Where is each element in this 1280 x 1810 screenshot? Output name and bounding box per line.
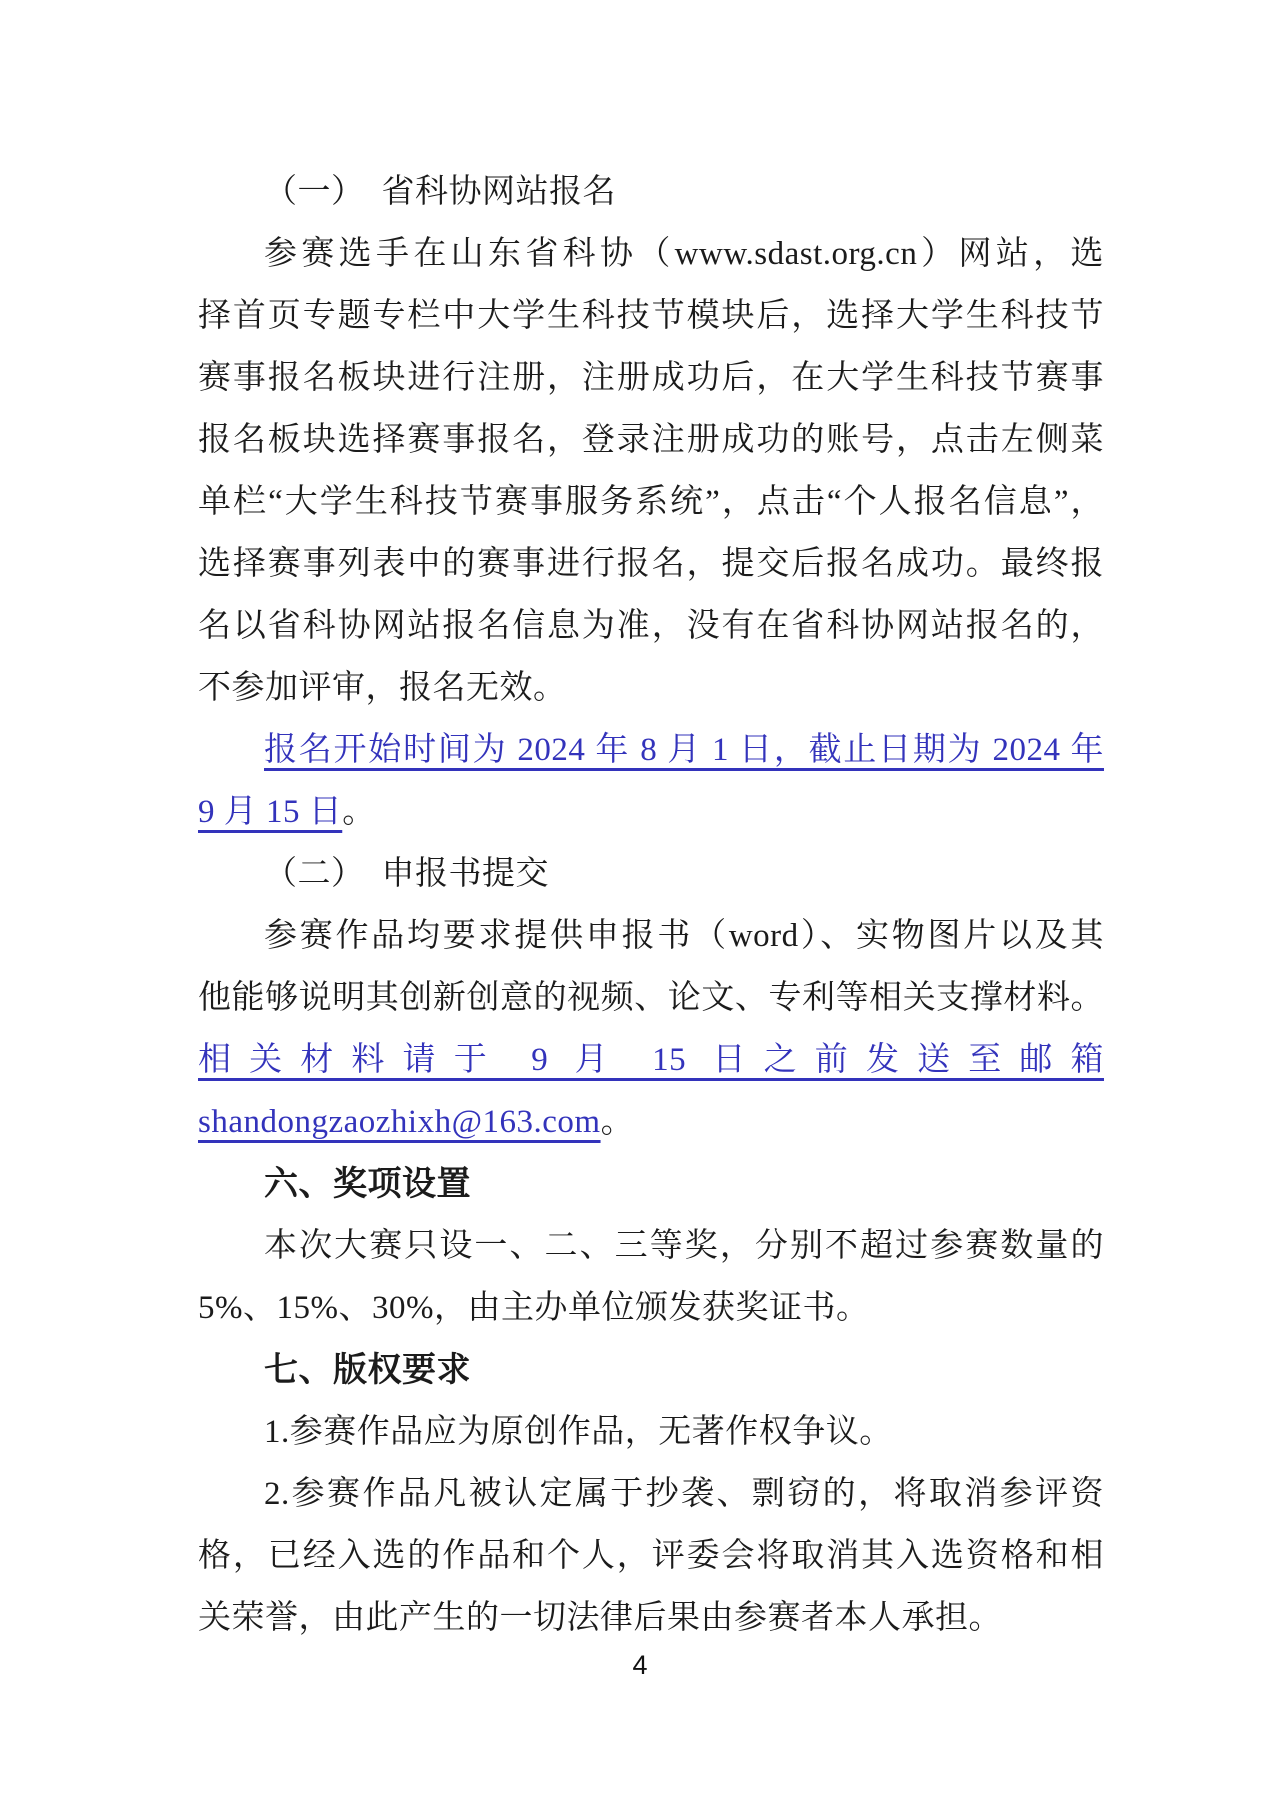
section-heading: 六、奖项设置 (198, 1153, 1104, 1215)
underlined-link-text: 报名开始时间为 2024 年 8 月 1 日，截止日期为 2024 年 (264, 732, 1104, 768)
sub-heading: （一） 省科协网站报名 (198, 161, 1104, 223)
underlined-link-text: 9 月 15 日 (198, 794, 342, 830)
document-line: 报名开始时间为 2024 年 8 月 1 日，截止日期为 2024 年 (198, 719, 1104, 781)
document-line: 参赛选手在山东省科协（www.sdast.org.cn）网站，选 (198, 223, 1104, 285)
text-run: 。 (342, 794, 376, 830)
page-number: 4 (0, 1650, 1280, 1681)
document-line: 他能够说明其创新创意的视频、论文、专利等相关支撑材料。 (198, 967, 1104, 1029)
document-line: 赛事报名板块进行注册，注册成功后，在大学生科技节赛事 (198, 347, 1104, 409)
text-run: 关荣誉，由此产生的一切法律后果由参赛者本人承担。 (198, 1600, 1002, 1636)
text-run: 1.参赛作品应为原创作品，无著作权争议。 (264, 1414, 893, 1450)
document-line: 本次大赛只设一、二、三等奖，分别不超过参赛数量的 (198, 1215, 1104, 1277)
document-line: shandongzaozhixh@163.com。 (198, 1091, 1104, 1153)
text-run: 参赛作品均要求提供申报书（word）、实物图片以及其 (264, 918, 1104, 954)
text-run: 选择赛事列表中的赛事进行报名，提交后报名成功。最终报 (198, 546, 1104, 582)
text-run: 单栏“大学生科技节赛事服务系统”，点击“个人报名信息”， (198, 484, 1104, 520)
text-run: 六、奖项设置 (264, 1165, 471, 1203)
text-run: 2.参赛作品凡被认定属于抄袭、剽窃的，将取消参评资 (264, 1476, 1104, 1512)
document-line: 1.参赛作品应为原创作品，无著作权争议。 (198, 1401, 1104, 1463)
document-line: 5%、15%、30%，由主办单位颁发获奖证书。 (198, 1277, 1104, 1339)
text-run: 报名板块选择赛事报名，登录注册成功的账号，点击左侧菜 (198, 422, 1104, 458)
text-run: 5%、15%、30%，由主办单位颁发获奖证书。 (198, 1290, 869, 1326)
document-body: （一） 省科协网站报名参赛选手在山东省科协（www.sdast.org.cn）网… (198, 161, 1104, 1649)
sub-heading: （二） 申报书提交 (198, 843, 1104, 905)
document-line: 关荣誉，由此产生的一切法律后果由参赛者本人承担。 (198, 1587, 1104, 1649)
document-line: 2.参赛作品凡被认定属于抄袭、剽窃的，将取消参评资 (198, 1463, 1104, 1525)
document-line: 不参加评审，报名无效。 (198, 657, 1104, 719)
document-line: 格，已经入选的作品和个人，评委会将取消其入选资格和相 (198, 1525, 1104, 1587)
text-run: 七、版权要求 (264, 1351, 471, 1389)
document-line: 9 月 15 日。 (198, 781, 1104, 843)
document-line: 选择赛事列表中的赛事进行报名，提交后报名成功。最终报 (198, 533, 1104, 595)
text-run: 名以省科协网站报名信息为准，没有在省科协网站报名的， (198, 608, 1104, 644)
text-run: 他能够说明其创新创意的视频、论文、专利等相关支撑材料。 (198, 980, 1104, 1016)
text-run: （一） 省科协网站报名 (264, 174, 616, 210)
document-line: 参赛作品均要求提供申报书（word）、实物图片以及其 (198, 905, 1104, 967)
document-page: （一） 省科协网站报名参赛选手在山东省科协（www.sdast.org.cn）网… (0, 0, 1280, 1810)
underlined-link-text: 相关材料请于 9 月 15 日之前发送至邮箱 (198, 1042, 1104, 1078)
text-run: 赛事报名板块进行注册，注册成功后，在大学生科技节赛事 (198, 360, 1104, 396)
text-run: 参赛选手在山东省科协（www.sdast.org.cn）网站，选 (264, 236, 1104, 272)
text-run: 格，已经入选的作品和个人，评委会将取消其入选资格和相 (198, 1538, 1104, 1574)
text-run: 择首页专题专栏中大学生科技节模块后，选择大学生科技节 (198, 298, 1104, 334)
text-run: 不参加评审，报名无效。 (198, 670, 567, 706)
text-run: 。 (601, 1104, 635, 1140)
document-line: 单栏“大学生科技节赛事服务系统”，点击“个人报名信息”， (198, 471, 1104, 533)
underlined-link-text: shandongzaozhixh@163.com (198, 1104, 601, 1140)
text-run: （二） 申报书提交 (264, 856, 549, 892)
document-line: 相关材料请于 9 月 15 日之前发送至邮箱 (198, 1029, 1104, 1091)
section-heading: 七、版权要求 (198, 1339, 1104, 1401)
document-line: 名以省科协网站报名信息为准，没有在省科协网站报名的， (198, 595, 1104, 657)
document-line: 报名板块选择赛事报名，登录注册成功的账号，点击左侧菜 (198, 409, 1104, 471)
document-line: 择首页专题专栏中大学生科技节模块后，选择大学生科技节 (198, 285, 1104, 347)
text-run: 本次大赛只设一、二、三等奖，分别不超过参赛数量的 (264, 1228, 1104, 1264)
